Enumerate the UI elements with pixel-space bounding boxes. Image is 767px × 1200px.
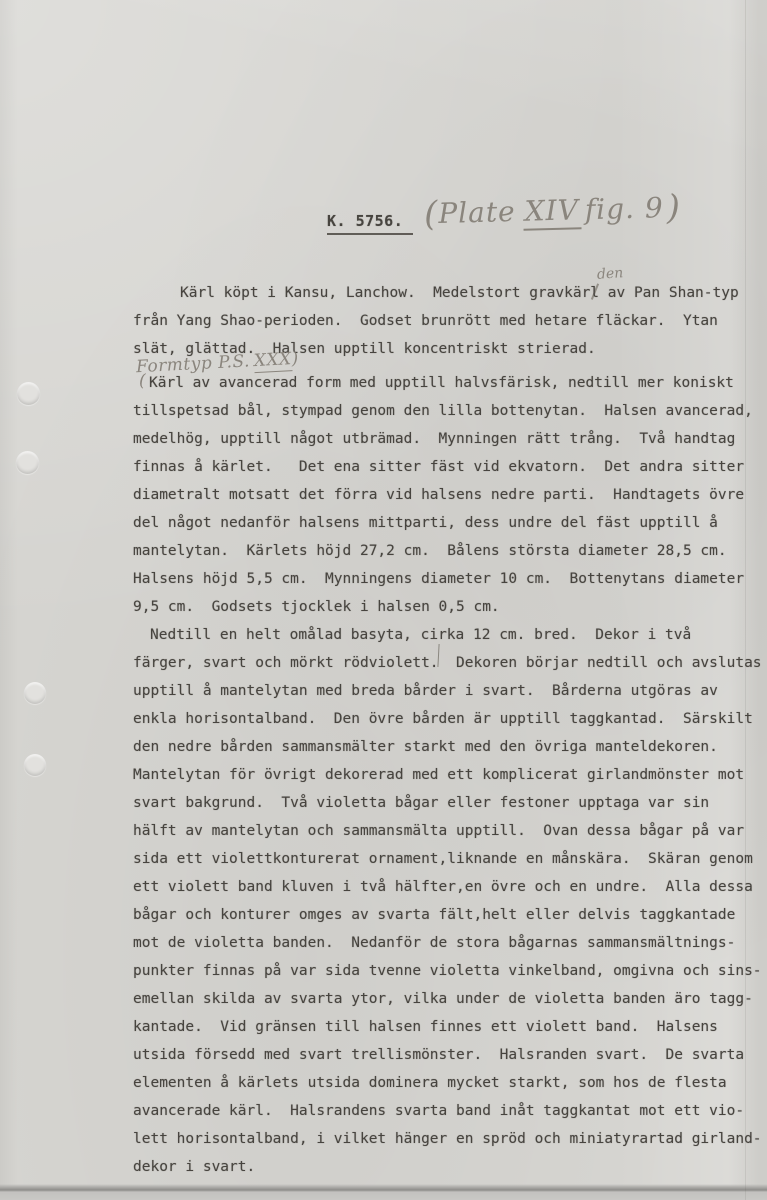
punch-hole [24,682,46,704]
close-paren: ) [666,188,681,228]
open-paren: ( [424,194,439,234]
handwritten-photo-reference: (PlateXIVfig. 9) [424,186,682,233]
paragraph-form-dimensions: Kärl av avancerad form med upptill halvs… [133,369,751,621]
typed-line: lett horisontalband, i vilket hänger en … [133,1125,751,1153]
paragraph-provenance: Kärl köpt i Kansu, Lanchow. Medelstort g… [133,279,751,363]
plate-roman-numeral: XIV [522,193,581,231]
paragraph-decoration: Nedtill en helt omålad basyta, cirka 12 … [133,621,751,1181]
typed-line: Kärl köpt i Kansu, Lanchow. Medelstort g… [133,279,751,307]
typed-line: kantade. Vid gränsen till halsen finnes … [133,1013,751,1041]
punch-hole [24,754,46,776]
form-note-close: ) [291,349,299,369]
typed-line: emellan skilda av svarta ytor, vilka und… [133,985,751,1013]
typed-line: avancerade kärl. Halsrandens svarta band… [133,1097,751,1125]
typed-line: sida ett violettkonturerat ornament,likn… [133,845,751,873]
typed-line: diametralt motsatt det förra vid halsens… [133,481,751,509]
page-bottom-edge [0,1184,767,1200]
typed-line: del något nedanför halsens mittparti, de… [133,509,751,537]
typed-line: hälft av mantelytan och sammansmälta upp… [133,817,751,845]
typed-line: elementen å kärlets utsida dominera myck… [133,1069,751,1097]
punch-hole [16,451,39,474]
typed-line: Mantelytan för övrigt dekorerad med ett … [133,761,751,789]
typed-line: från Yang Shao-perioden. Godset brunrött… [133,307,751,335]
typed-line: dekor i svart. [133,1153,751,1181]
typed-line: upptill å mantelytan med breda bårder i … [133,677,751,705]
typed-line: ett violett band kluven i två hälfter,en… [133,873,751,901]
typed-line: medelhög, upptill något utbrämad. Mynnin… [133,425,751,453]
typed-line: Nedtill en helt omålad basyta, cirka 12 … [133,621,751,649]
photo-ref-word: Plate [438,195,516,230]
typed-line: svart bakgrund. Två violetta bågar eller… [133,789,751,817]
punch-hole [17,382,40,405]
typed-line: finnas å kärlet. Det ena sitter fäst vid… [133,453,751,481]
typed-line: utsida försedd med svart trellismönster.… [133,1041,751,1069]
typed-line: punkter finnas på var sida tvenne violet… [133,957,751,985]
figure-ref: fig. 9 [584,191,664,226]
typed-line: färger, svart och mörkt rödviolett. Deko… [133,649,751,677]
catalogue-number: K. 5756. [327,212,413,235]
document-page: K. 5756. (PlateXIVfig. 9) den Kärl köpt … [0,0,767,1200]
typed-line: den nedre bården sammansmälter starkt me… [133,733,751,761]
typed-line: mantelytan. Kärlets höjd 27,2 cm. Bålens… [133,537,751,565]
typed-line: 9,5 cm. Godsets tjocklek i halsen 0,5 cm… [133,593,751,621]
typed-line: mot de violetta banden. Nedanför de stor… [133,929,751,957]
typed-line: enkla horisontalband. Den övre bården är… [133,705,751,733]
typed-line: bågar och konturer omges av svarta fält,… [133,901,751,929]
typed-line: Kärl av avancerad form med upptill halvs… [133,369,751,397]
typed-line: tillspetsad bål, stympad genom den lilla… [133,397,751,425]
typed-line: Halsens höjd 5,5 cm. Mynningens diameter… [133,565,751,593]
